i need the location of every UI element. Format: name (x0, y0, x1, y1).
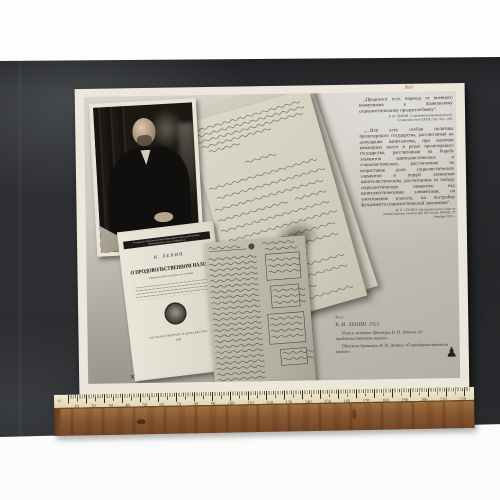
stalin-quote-attribution: И. В. СТАЛИН. Заключительное слово по по… (375, 207, 455, 221)
wood-knot (136, 419, 145, 424)
publisher-statuette-mark: ♟ (446, 346, 458, 359)
lenin-quote: „Продналог есть переход от военного комм… (358, 95, 452, 115)
x-pencil-mark (130, 374, 135, 379)
caption-photo-word: Фото (335, 313, 459, 319)
caption-line-plan: План и заметки брошюры В. И. Ленина «О п… (335, 329, 459, 342)
cover-header-band: Российская Социалистическая Федеративная… (123, 231, 210, 249)
state-emblem (163, 301, 187, 325)
manuscript-plan-sheet (204, 235, 316, 384)
ruler-brand-mark: №5 (57, 399, 62, 403)
caption-title: В. И. ЛЕНИН. 1921. (335, 320, 459, 327)
photomontage: „Продналог есть переход от военного комм… (84, 91, 460, 384)
photograph-of-archival-print: №9 „Продналог есть переход от военного к… (0, 0, 500, 500)
wood-grain-mark (352, 409, 356, 419)
lenin-beard (137, 135, 153, 147)
white-margin-top (0, 0, 500, 60)
archival-print: №9 „Продналог есть переход от военного к… (75, 83, 470, 395)
wooden-ruler: №5 1020304050607080901001101201301401501… (54, 387, 475, 435)
cover-note-lines (135, 279, 210, 301)
plan-handwriting-strokes (204, 235, 316, 384)
lenin-quote-attribution: В. И. ЛЕНИН. О продовольственном налоге.… (373, 113, 453, 123)
caption-line-cover: Обложка брошюры В. И. Ленина «О продовол… (336, 342, 460, 355)
hole-punch-dot (248, 243, 254, 249)
caption-block: Фото В. И. ЛЕНИН. 1921. План и заметки б… (335, 313, 460, 377)
ruler-end-cap (54, 409, 61, 436)
stalin-quote: „...Нэп есть особая политика пролетарско… (359, 126, 455, 208)
catalog-number: №9 (405, 85, 413, 91)
